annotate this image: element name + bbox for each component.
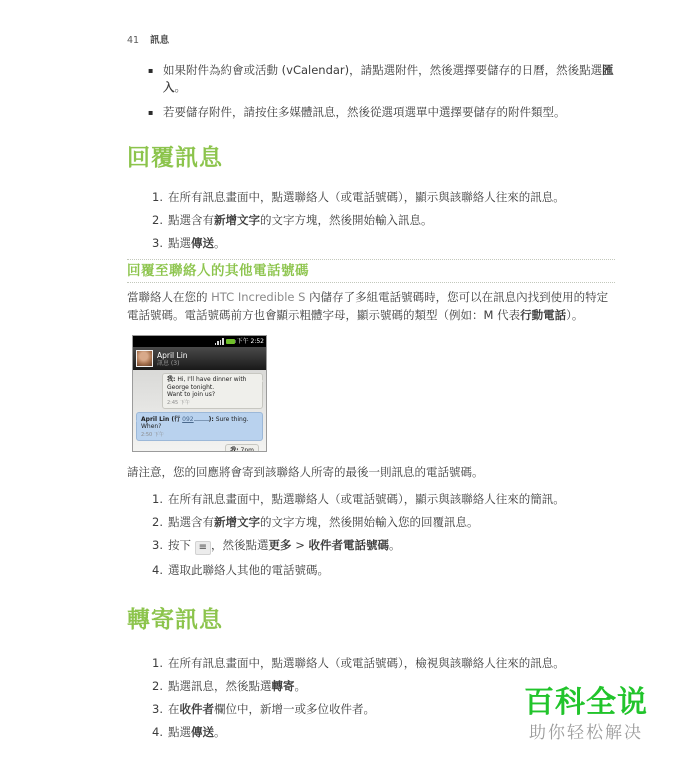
watermark-subtitle: 助你轻松解决: [508, 722, 664, 744]
step-item: 1. 在所有訊息畫面中，點選聯絡人（或電話號碼），檢視與該聯絡人往來的訊息。: [152, 656, 615, 671]
bullet-marker-icon: ▪: [148, 62, 163, 96]
thread-info: 訊息 (3): [157, 360, 188, 367]
chapter-title: 訊息: [150, 32, 169, 46]
bullet-item: ▪ 如果附件為約會或活動 (vCalendar)，請點選附件，然後選擇要儲存的日…: [148, 62, 615, 96]
step-text: 選取此聯絡人其他的電話號碼。: [168, 563, 615, 578]
message-bubble: 我: Hi, I'll have dinner with George toni…: [162, 373, 263, 409]
chat-header: April Lin 訊息 (3): [133, 347, 266, 370]
message-text: Want to join us?: [167, 391, 258, 399]
step-number: 3.: [152, 702, 168, 717]
subsection-header: 回覆至聯絡人的其他電話號碼: [127, 259, 615, 283]
step-item: 2. 點選含有新增文字的文字方塊，然後開始輸入您的回覆訊息。: [152, 515, 615, 530]
note-paragraph: 請注意，您的回應將會寄到該聯絡人所寄的最後一則訊息的電話號碼。: [127, 465, 615, 480]
step-item: 1. 在所有訊息畫面中，點選聯絡人（或電話號碼），顯示與該聯絡人往來的訊息。: [152, 190, 615, 205]
step-text: 在所有訊息畫面中，點選聯絡人（或電話號碼），顯示與該聯絡人往來的簡訊。: [168, 492, 615, 507]
bullet-text: 若要儲存附件，請按住多媒體訊息，然後從選項選單中選擇要儲存的附件類型。: [163, 104, 615, 121]
page-content: 41 訊息 ▪ 如果附件為約會或活動 (vCalendar)，請點選附件，然後選…: [0, 0, 692, 740]
step-number: 1.: [152, 492, 168, 507]
message-bubble: 我: 7pm 2:51 下午: [225, 444, 259, 453]
step-list-other-number: 1. 在所有訊息畫面中，點選聯絡人（或電話號碼），顯示與該聯絡人往來的簡訊。 2…: [127, 492, 615, 578]
message-text: 我: Hi, I'll have dinner with George toni…: [167, 376, 258, 391]
contact-info: April Lin 訊息 (3): [157, 351, 188, 367]
step-item: 4. 選取此聯絡人其他的電話號碼。: [152, 563, 615, 578]
step-number: 4.: [152, 563, 168, 578]
contact-name: April Lin: [157, 351, 188, 360]
step-number: 3.: [152, 538, 168, 555]
message-timestamp: 2:45 下午: [167, 400, 258, 406]
step-text: 點選含有新增文字的文字方塊，然後開始輸入訊息。: [168, 213, 615, 228]
step-text: 點選含有新增文字的文字方塊，然後開始輸入您的回覆訊息。: [168, 515, 615, 530]
status-bar: 下午 2:52: [133, 336, 266, 347]
message-timestamp: 2:50 下午: [141, 432, 258, 438]
bullet-item: ▪ 若要儲存附件，請按住多媒體訊息，然後從選項選單中選擇要儲存的附件類型。: [148, 104, 615, 121]
step-list-reply: 1. 在所有訊息畫面中，點選聯絡人（或電話號碼），顯示與該聯絡人往來的訊息。 2…: [127, 190, 615, 251]
phone-screenshot: 下午 2:52 April Lin 訊息 (3) 我: Hi, I'll hav…: [132, 335, 267, 452]
message-bubble-selected: April Lin (行 092 ): Sure thing. When? 2:…: [136, 412, 263, 441]
bullet-marker-icon: ▪: [148, 104, 163, 121]
step-text: 在所有訊息畫面中，點選聯絡人（或電話號碼），檢視與該聯絡人往來的訊息。: [168, 656, 615, 671]
step-number: 2.: [152, 213, 168, 228]
step-number: 4.: [152, 725, 168, 740]
step-item: 3. 點選傳送。: [152, 236, 615, 251]
step-number: 3.: [152, 236, 168, 251]
message-text: When?: [141, 423, 258, 431]
section-title-reply: 回覆訊息: [127, 147, 615, 170]
doc-header: 41 訊息: [127, 32, 615, 46]
intro-paragraph: 當聯絡人在您的 HTC Incredible S 內儲存了多組電話號碼時，您可以…: [127, 288, 615, 324]
watermark-title: 百科全说: [508, 686, 664, 720]
step-number: 1.: [152, 656, 168, 671]
step-number: 2.: [152, 679, 168, 694]
step-number: 2.: [152, 515, 168, 530]
watermark: 百科全说 助你轻松解决: [508, 686, 664, 744]
page-number: 41: [127, 35, 139, 46]
step-item: 3. 按下 ≡，然後點選更多 > 收件者電話號碼。: [152, 538, 615, 555]
message-text: 我: 7pm: [230, 447, 254, 453]
bullet-text: 如果附件為約會或活動 (vCalendar)，請點選附件，然後選擇要儲存的日曆，…: [163, 62, 615, 96]
step-text: 在所有訊息畫面中，點選聯絡人（或電話號碼），顯示與該聯絡人往來的訊息。: [168, 190, 615, 205]
step-item: 2. 點選含有新增文字的文字方塊，然後開始輸入訊息。: [152, 213, 615, 228]
manual-page: 41 訊息 ▪ 如果附件為約會或活動 (vCalendar)，請點選附件，然後選…: [0, 0, 692, 783]
avatar: [136, 350, 153, 367]
status-time: 下午 2:52: [237, 339, 264, 345]
chat-body: 我: Hi, I'll have dinner with George toni…: [133, 370, 266, 452]
step-item: 1. 在所有訊息畫面中，點選聯絡人（或電話號碼），顯示與該聯絡人往來的簡訊。: [152, 492, 615, 507]
step-number: 1.: [152, 190, 168, 205]
step-text: 按下 ≡，然後點選更多 > 收件者電話號碼。: [168, 538, 615, 555]
battery-icon: [226, 339, 235, 344]
step-text: 點選傳送。: [168, 236, 615, 251]
subsection-title: 回覆至聯絡人的其他電話號碼: [127, 263, 615, 279]
signal-strength-icon: [215, 338, 224, 345]
bullet-list: ▪ 如果附件為約會或活動 (vCalendar)，請點選附件，然後選擇要儲存的日…: [127, 62, 615, 121]
message-text: April Lin (行 092 ): Sure thing.: [141, 415, 258, 424]
section-title-forward: 轉寄訊息: [127, 609, 615, 632]
